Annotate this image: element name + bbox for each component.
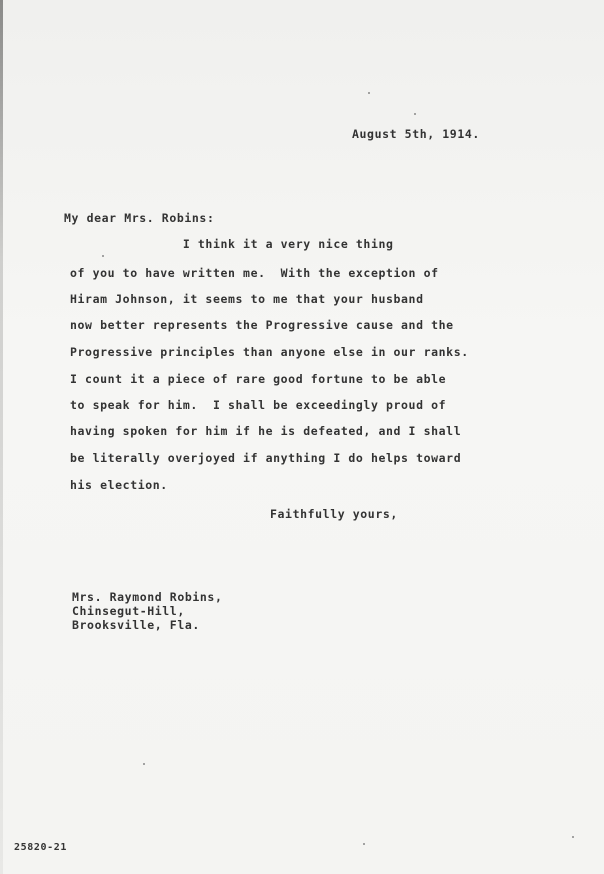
address-line: Chinsegut-Hill,	[72, 604, 185, 618]
body-line: to speak for him. I shall be exceedingly…	[70, 398, 446, 412]
body-line: I count it a piece of rare good fortune …	[70, 372, 446, 386]
body-line: now better represents the Progressive ca…	[70, 318, 454, 332]
body-line: having spoken for him if he is defeated,…	[70, 424, 461, 438]
body-line: his election.	[70, 478, 168, 492]
file-number: 25820-21	[14, 842, 67, 853]
salutation: My dear Mrs. Robins:	[64, 211, 214, 225]
paper-speck	[102, 255, 104, 257]
paper-speck	[363, 843, 365, 845]
paper-speck	[143, 763, 145, 765]
letter-date: August 5th, 1914.	[352, 127, 480, 141]
body-line: Progressive principles than anyone else …	[70, 345, 469, 359]
address-line: Mrs. Raymond Robins,	[72, 590, 222, 604]
letter-page: August 5th, 1914. My dear Mrs. Robins: I…	[0, 0, 604, 874]
body-line: Hiram Johnson, it seems to me that your …	[70, 292, 424, 306]
body-line: be literally overjoyed if anything I do …	[70, 451, 461, 465]
address-line: Brooksville, Fla.	[72, 618, 200, 632]
body-line: of you to have written me. With the exce…	[70, 266, 439, 280]
body-line: I think it a very nice thing	[70, 237, 394, 251]
page-edge-shadow	[0, 0, 3, 874]
paper-speck	[368, 92, 370, 94]
paper-speck	[572, 836, 574, 838]
closing: Faithfully yours,	[270, 507, 398, 521]
paper-speck	[414, 113, 416, 115]
